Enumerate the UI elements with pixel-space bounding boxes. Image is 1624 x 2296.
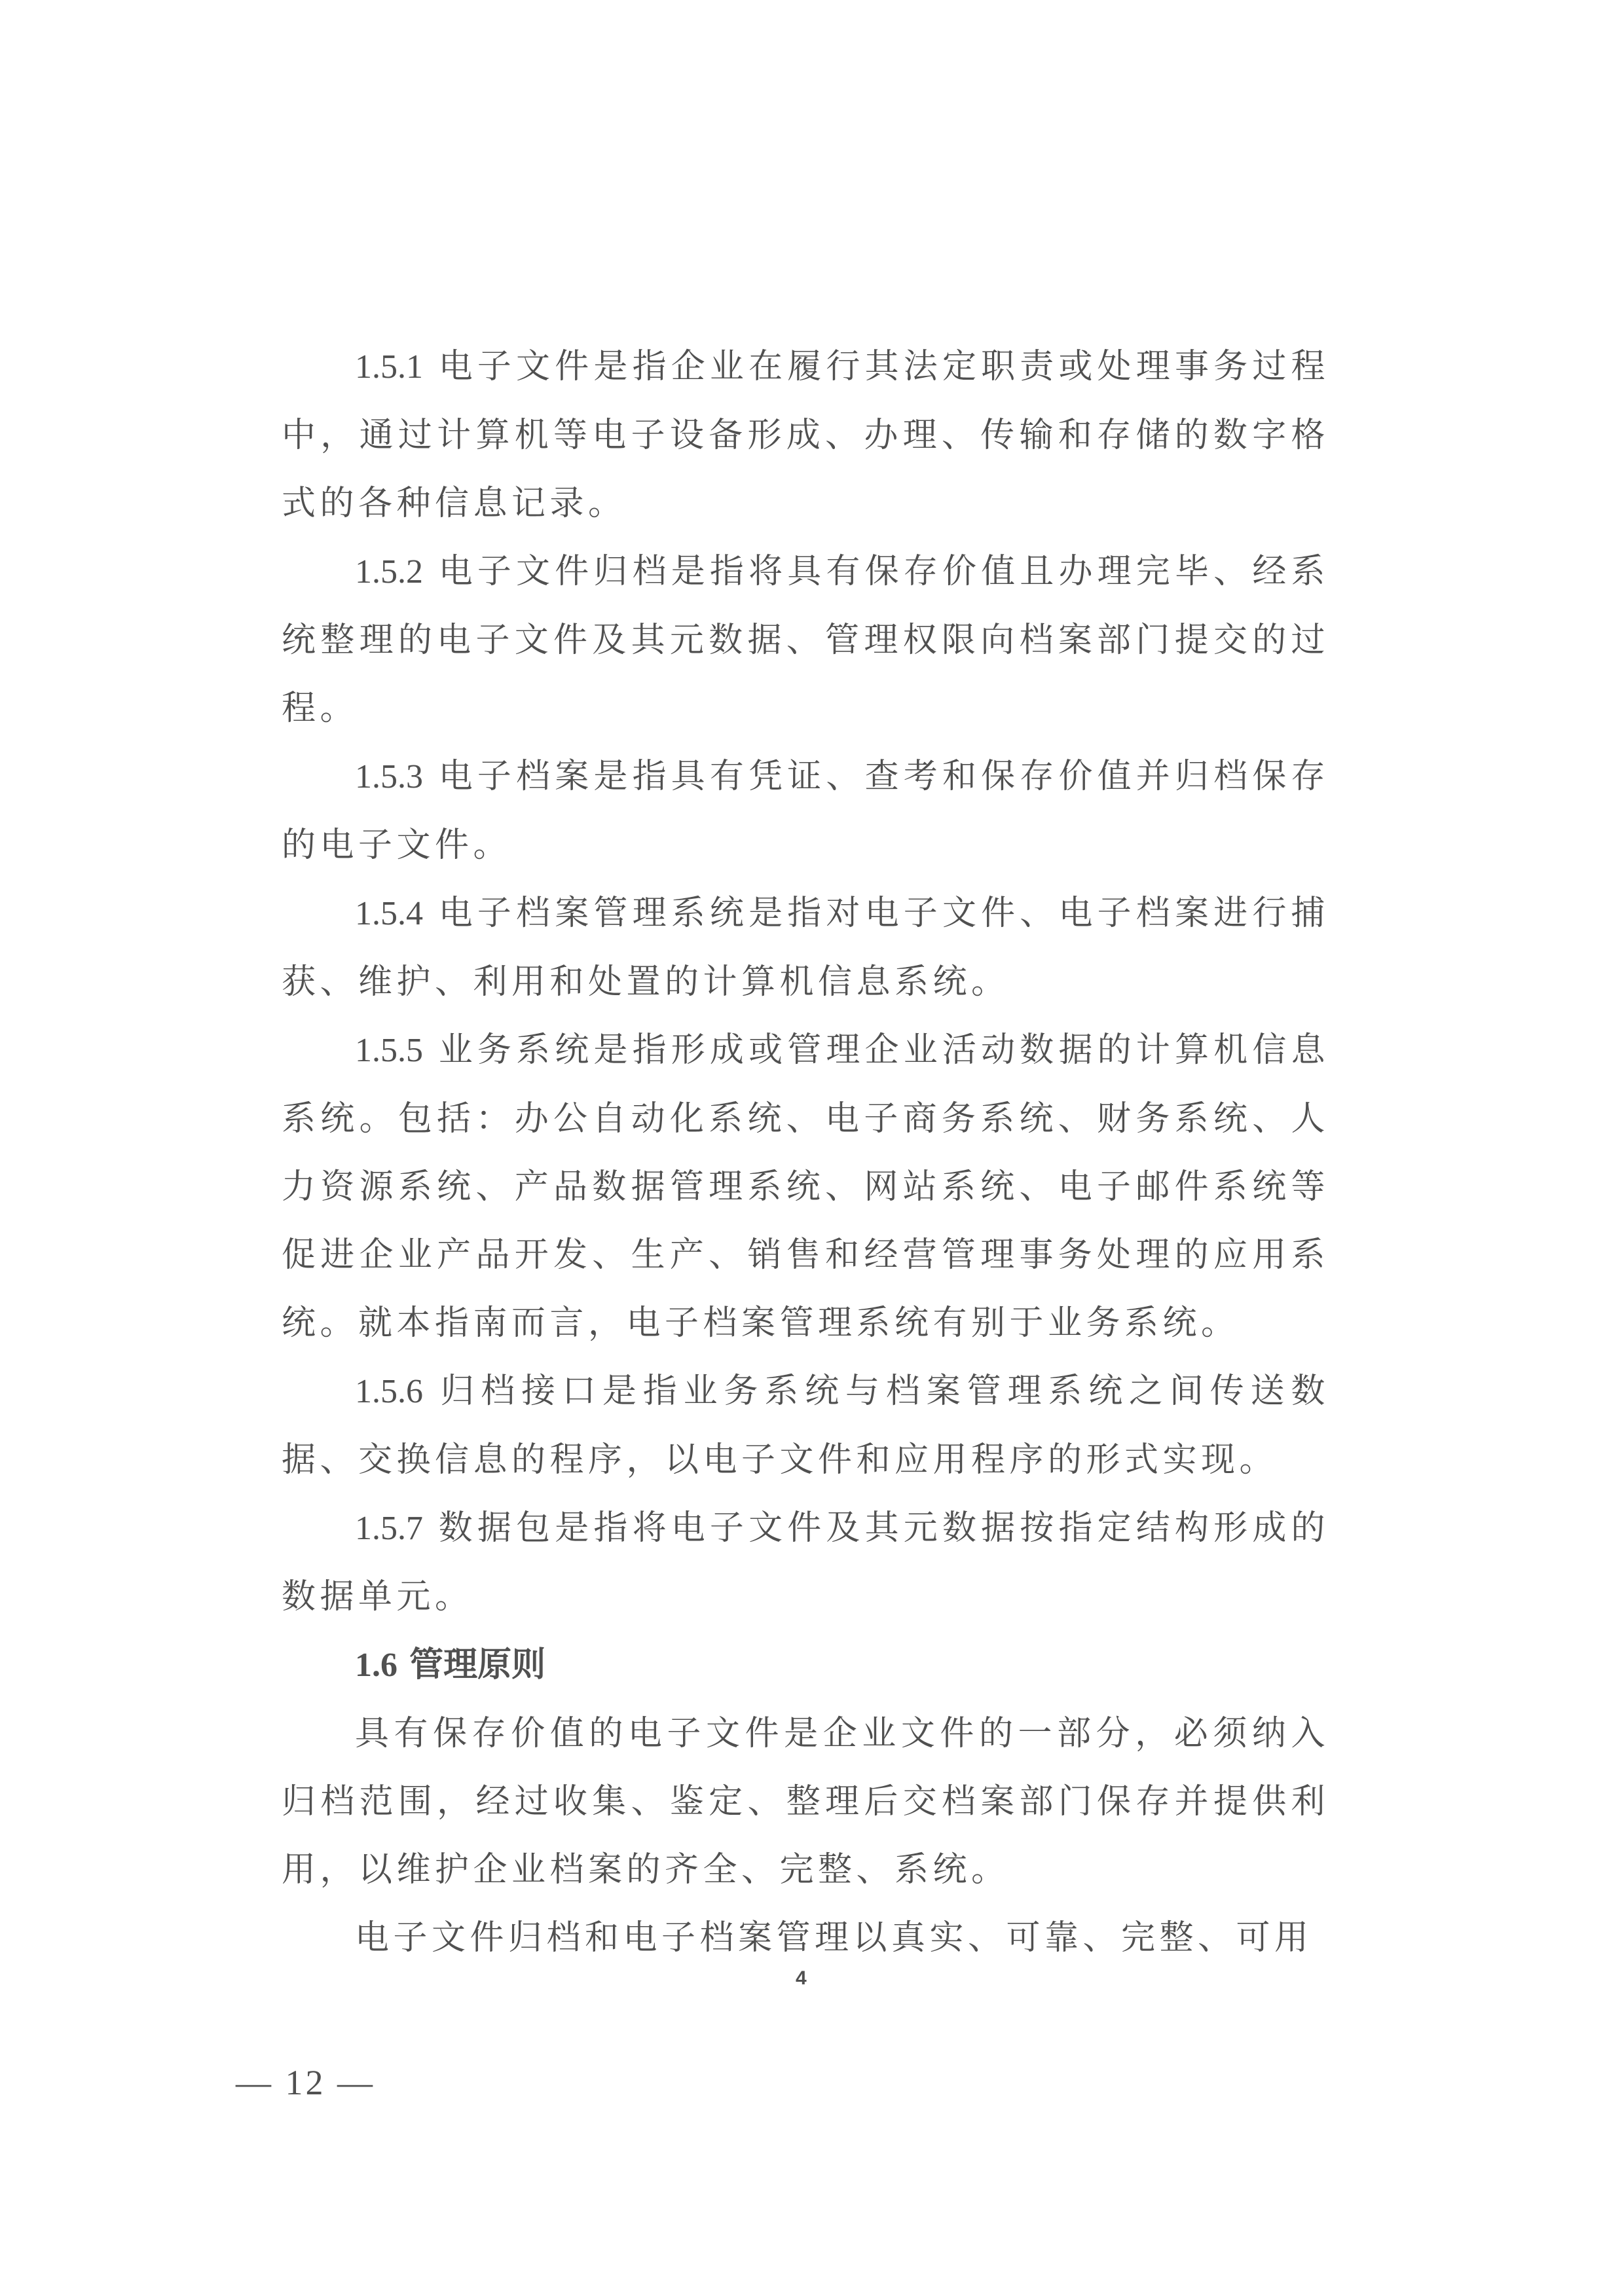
- section-number: 1.5.7: [355, 1510, 423, 1547]
- section-number: 1.5.4: [355, 895, 423, 932]
- definition-1-5-3: 1.5.3 电子档案是指具有凭证、查考和保存价值并归档保存的电子文件。: [282, 742, 1329, 879]
- section-text: 电子文件是指企业在履行其法定职责或处理事务过程中，通过计算机等电子设备形成、办理…: [282, 347, 1329, 523]
- section-text: 电子档案管理系统是指对电子文件、电子档案进行捕获、维护、利用和处置的计算机信息系…: [282, 894, 1329, 1002]
- outer-page-number: — 12 —: [236, 2062, 375, 2103]
- section-number: 1.5.5: [355, 1032, 423, 1069]
- definition-1-5-4: 1.5.4 电子档案管理系统是指对电子文件、电子档案进行捕获、维护、利用和处置的…: [282, 879, 1329, 1016]
- definition-1-5-5: 1.5.5 业务系统是指形成或管理企业活动数据的计算机信息系统。包括：办公自动化…: [282, 1016, 1329, 1357]
- section-text: 数据包是指将电子文件及其元数据按指定结构形成的数据单元。: [282, 1508, 1329, 1616]
- section-number: 1.5.6: [355, 1373, 423, 1410]
- section-number: 1.5.2: [355, 553, 423, 591]
- section-text: 电子档案是指具有凭证、查考和保存价值并归档保存的电子文件。: [282, 757, 1329, 865]
- inner-page-number: 4: [796, 1967, 807, 1990]
- definition-1-5-1: 1.5.1 电子文件是指企业在履行其法定职责或处理事务过程中，通过计算机等电子设…: [282, 333, 1329, 538]
- section-text: 电子文件归档是指将具有保存价值且办理完毕、经系统整理的电子文件及其元数据、管理权…: [282, 552, 1329, 728]
- heading-title: 管理原则: [409, 1645, 545, 1685]
- principle-paragraph-2: 电子文件归档和电子档案管理以真实、可靠、完整、可用: [282, 1904, 1329, 1972]
- definition-1-5-6: 1.5.6 归档接口是指业务系统与档案管理系统之间传送数据、交换信息的程序，以电…: [282, 1357, 1329, 1494]
- definition-1-5-7: 1.5.7 数据包是指将电子文件及其元数据按指定结构形成的数据单元。: [282, 1494, 1329, 1631]
- section-text: 归档接口是指业务系统与档案管理系统之间传送数据、交换信息的程序，以电子文件和应用…: [282, 1372, 1329, 1480]
- principle-paragraph-1: 具有保存价值的电子文件是企业文件的一部分，必须纳入归档范围，经过收集、鉴定、整理…: [282, 1700, 1329, 1904]
- section-number: 1.5.3: [355, 758, 423, 795]
- heading-number: 1.6: [355, 1647, 397, 1684]
- section-number: 1.5.1: [355, 348, 423, 386]
- definition-1-5-2: 1.5.2 电子文件归档是指将具有保存价值且办理完毕、经系统整理的电子文件及其元…: [282, 538, 1329, 742]
- document-body: 1.5.1 电子文件是指企业在履行其法定职责或处理事务过程中，通过计算机等电子设…: [282, 333, 1329, 1972]
- section-text: 业务系统是指形成或管理企业活动数据的计算机信息系统。包括：办公自动化系统、电子商…: [282, 1030, 1329, 1343]
- section-heading-1-6: 1.6 管理原则: [282, 1631, 1329, 1700]
